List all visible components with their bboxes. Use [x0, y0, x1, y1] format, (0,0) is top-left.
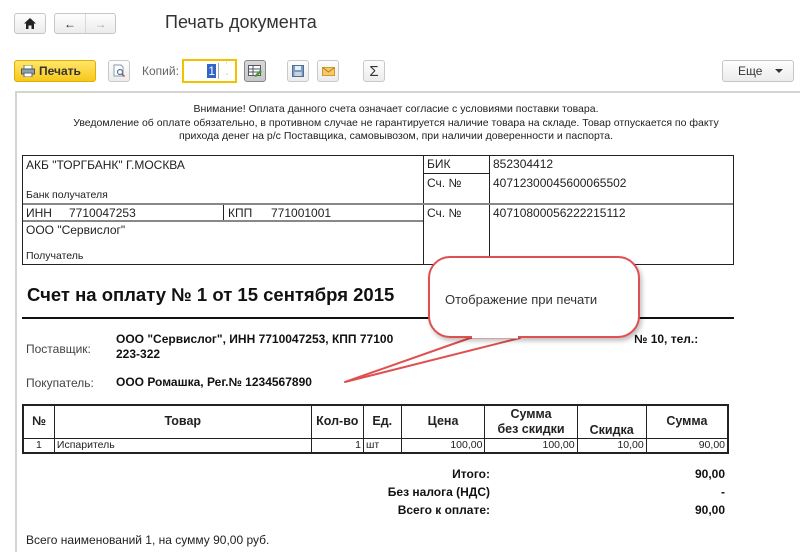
grand-total-row: Всего к оплате: 90,00 [300, 501, 725, 519]
col-header-discount: Скидка [577, 405, 646, 438]
payment-notice: Внимание! Оплата данного счета означает … [16, 103, 776, 144]
notice-line: прихода денег на р/с Поставщика, самовыв… [16, 130, 776, 144]
items-summary: Всего наименований 1, на сумму 90,00 руб… [26, 533, 269, 547]
copies-value[interactable]: 1 [207, 64, 216, 78]
col-header-number: № [23, 405, 54, 438]
copies-stepper[interactable]: ˙ · [218, 63, 235, 79]
recipient-label: Получатель [26, 250, 83, 262]
preview-button[interactable] [108, 60, 130, 82]
chevron-down-icon [775, 69, 783, 73]
cell-unit: шт [363, 438, 401, 453]
bank-name: АКБ "ТОРГБАНК" Г.МОСКВА [26, 158, 185, 172]
mail-icon [322, 67, 335, 76]
spin-up-icon[interactable]: ˙ [226, 64, 228, 70]
vat-value: - [490, 483, 725, 501]
kpp-label: КПП [228, 206, 252, 220]
cell-discount: 10,00 [577, 438, 646, 453]
col-header-item: Товар [54, 405, 311, 438]
supplier-value: ООО "Сервислог", ИНН 7710047253, КПП 771… [116, 332, 393, 362]
home-icon [24, 18, 36, 29]
bik-label: БИК [427, 157, 451, 171]
save-icon [292, 65, 304, 77]
buyer-label: Покупатель: [26, 376, 94, 390]
bank-details: АКБ "ТОРГБАНК" Г.МОСКВА Банк получателя … [22, 155, 734, 265]
buyer-value: ООО Ромашка, Рег.№ 1234567890 [116, 375, 312, 390]
supplier-line-1: ООО "Сервислог", ИНН 7710047253, КПП 771… [116, 332, 393, 347]
supplier-label: Поставщик: [26, 342, 91, 356]
spin-down-icon[interactable]: · [226, 72, 228, 78]
col-header-sum: Сумма [646, 405, 728, 438]
sum-icon: Σ [369, 63, 378, 80]
account-label: Сч. № [427, 206, 461, 220]
col-header-sum-no-discount: Сумма без скидки [485, 405, 577, 438]
mail-button[interactable] [317, 60, 339, 82]
sum-button[interactable]: Σ [363, 60, 385, 82]
cell-number: 1 [23, 438, 54, 453]
account-value: 40710800056222215112 [493, 206, 626, 220]
edit-table-button[interactable] [244, 60, 266, 82]
col-header-qty: Кол-во [311, 405, 363, 438]
total-label: Итого: [300, 465, 490, 483]
header-line: Сумма [485, 407, 576, 422]
total-row: Итого: 90,00 [300, 465, 725, 483]
col-header-price: Цена [401, 405, 485, 438]
corr-account-value: 40712300045600065502 [493, 176, 626, 190]
cell-price: 100,00 [401, 438, 485, 453]
notice-line: Внимание! Оплата данного счета означает … [16, 103, 776, 117]
forward-button[interactable]: → [85, 14, 115, 33]
page-title: Печать документа [165, 12, 317, 33]
vat-label: Без налога (НДС) [300, 483, 490, 501]
more-label: Еще [738, 64, 762, 78]
recipient-name: ООО "Сервислог" [26, 223, 125, 237]
cell-qty: 1 [311, 438, 363, 453]
bik-value: 852304412 [493, 157, 553, 171]
back-button[interactable]: ← [55, 14, 85, 33]
history-nav-group: ← → [54, 13, 116, 34]
corr-account-label: Сч. № [427, 176, 461, 190]
supplier-line-1-tail: № 10, тел.: [634, 332, 698, 347]
supplier-line-2: 223-322 [116, 347, 393, 362]
copies-input[interactable]: 1 ˙ · [182, 59, 237, 83]
grand-total-value: 90,00 [490, 501, 725, 519]
print-button[interactable]: Печать [14, 60, 96, 82]
cell-sum-no-discount: 100,00 [485, 438, 577, 453]
preview-icon [113, 64, 126, 78]
kpp-value: 771001001 [271, 206, 331, 220]
save-button[interactable] [287, 60, 309, 82]
arrow-right-icon: → [94, 17, 106, 31]
vat-row: Без налога (НДС) - [300, 483, 725, 501]
cell-item: Испаритель [54, 438, 311, 453]
cell-sum: 90,00 [646, 438, 728, 453]
arrow-left-icon: ← [64, 17, 76, 31]
total-value: 90,00 [490, 465, 725, 483]
more-dropdown[interactable]: Еще [722, 60, 794, 82]
grand-total-label: Всего к оплате: [300, 501, 490, 519]
notice-line: Уведомление об оплате обязательно, в про… [16, 117, 776, 131]
table-header-row: № Товар Кол-во Ед. Цена Сумма без скидки… [23, 405, 728, 438]
totals-block: Итого: 90,00 Без налога (НДС) - Всего к … [300, 465, 725, 519]
inn-label: ИНН [26, 206, 52, 220]
col-header-unit: Ед. [363, 405, 401, 438]
header-line: без скидки [485, 422, 576, 437]
invoice-title: Счет на оплату № 1 от 15 сентября 2015 [27, 284, 394, 306]
edit-table-icon [248, 65, 262, 77]
callout-text: Отображение при печати [445, 292, 597, 307]
items-table: № Товар Кол-во Ед. Цена Сумма без скидки… [22, 404, 729, 454]
printer-icon [21, 65, 35, 77]
print-button-label: Печать [39, 64, 81, 78]
bank-label: Банк получателя [26, 189, 108, 201]
home-button[interactable] [14, 13, 46, 34]
copies-label: Копий: [142, 64, 179, 78]
inn-value: 7710047253 [69, 206, 136, 220]
table-row: 1 Испаритель 1 шт 100,00 100,00 10,00 90… [23, 438, 728, 453]
